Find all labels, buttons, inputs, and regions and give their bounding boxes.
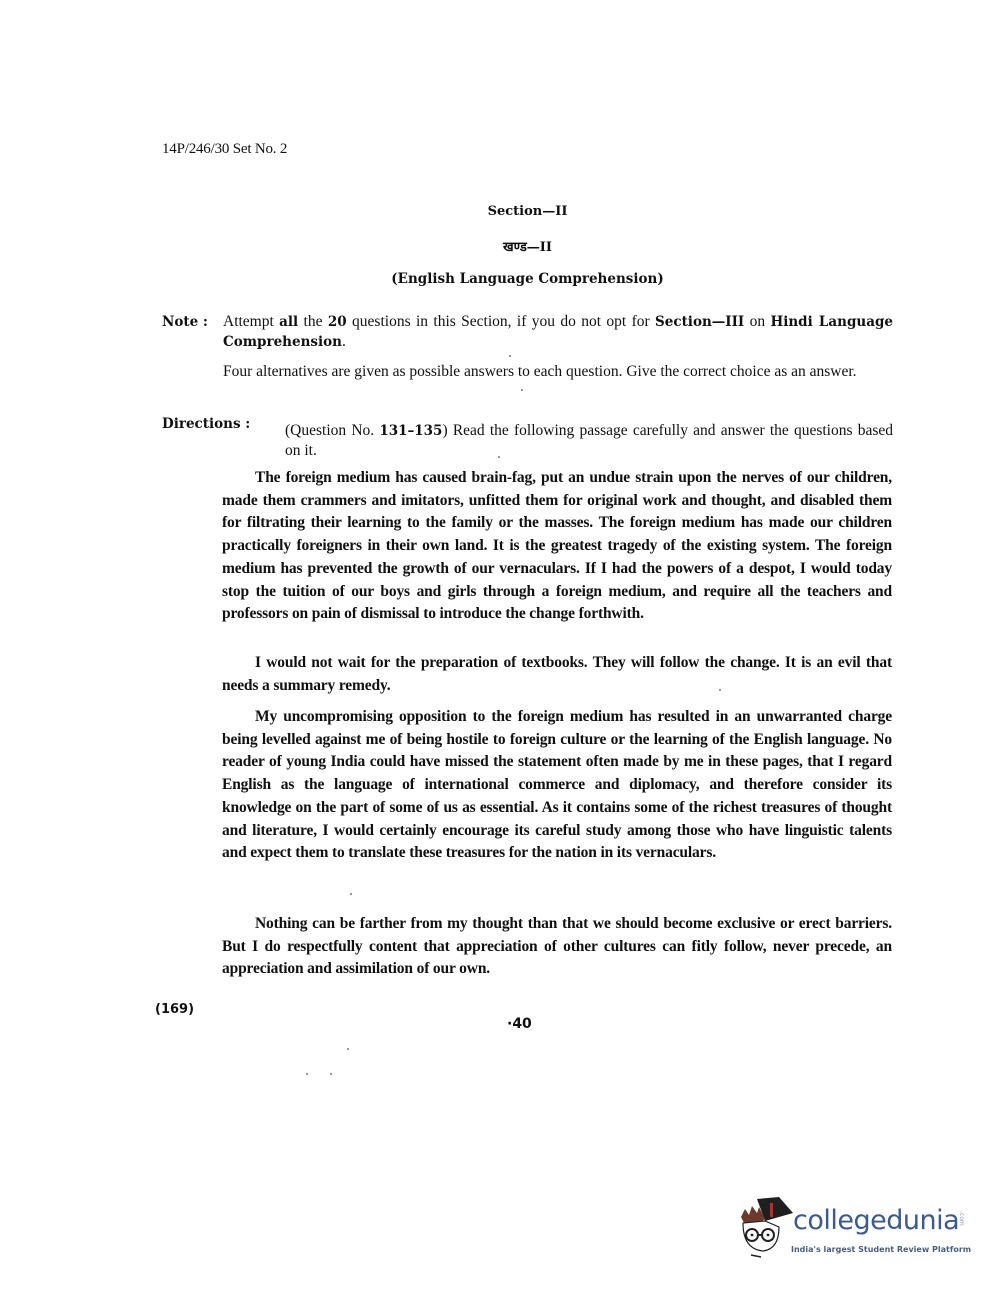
student-mascot-icon bbox=[735, 1195, 795, 1265]
scan-speck bbox=[330, 1073, 332, 1075]
note-instruction: Attempt all the 20 questions in this Sec… bbox=[223, 312, 893, 352]
scan-speck bbox=[306, 1073, 308, 1075]
section-title: Section—II bbox=[0, 204, 993, 219]
passage-paragraph-4: Nothing can be farther from my thought t… bbox=[222, 913, 892, 981]
note-emphasis-all: all bbox=[279, 314, 298, 330]
note-text: Attempt bbox=[223, 313, 279, 330]
scan-speck bbox=[498, 456, 500, 458]
page-number: ·40 bbox=[507, 1016, 532, 1032]
note-text: questions in this Section, if you do not… bbox=[347, 313, 655, 330]
collegedunia-watermark: collegedunia .com India's largest Studen… bbox=[735, 1195, 975, 1265]
question-range: 131–135 bbox=[379, 423, 442, 439]
brand-name: collegedunia bbox=[793, 1205, 959, 1236]
note-text: on bbox=[744, 313, 770, 330]
directions-text: (Question No. 131–135) Read the followin… bbox=[285, 421, 893, 460]
note-alternatives: Four alternatives are given as possible … bbox=[223, 362, 893, 381]
directions-pre: (Question No. bbox=[285, 422, 379, 439]
footer-code: (169) bbox=[155, 1002, 194, 1017]
note-section-ref: Section—III bbox=[655, 314, 744, 330]
passage-paragraph-3: My uncompromising opposition to the fore… bbox=[222, 706, 892, 865]
note-text: the bbox=[298, 313, 328, 330]
section-title-hindi: खण्ड—II bbox=[0, 237, 993, 255]
scan-speck bbox=[350, 893, 352, 895]
passage-paragraph-2: I would not wait for the preparation of … bbox=[222, 652, 892, 697]
note-question-count: 20 bbox=[328, 314, 347, 330]
note-label: Note : bbox=[162, 314, 208, 330]
directions-label: Directions : bbox=[162, 416, 250, 432]
scan-speck bbox=[521, 389, 523, 391]
note-text: . bbox=[342, 333, 346, 350]
brand-tagline: India's largest Student Review Platform bbox=[791, 1245, 971, 1254]
passage-paragraph-1: The foreign medium has caused brain-fag,… bbox=[222, 467, 892, 626]
exam-page: 14P/246/30 Set No. 2 Section—II खण्ड—II … bbox=[0, 0, 993, 1303]
scan-speck bbox=[347, 1048, 349, 1050]
scan-speck bbox=[719, 689, 721, 691]
brand-domain-suffix: .com bbox=[958, 1211, 965, 1226]
section-subtitle: (English Language Comprehension) bbox=[0, 271, 993, 287]
scan-speck bbox=[509, 355, 511, 357]
paper-code: 14P/246/30 Set No. 2 bbox=[162, 141, 287, 158]
